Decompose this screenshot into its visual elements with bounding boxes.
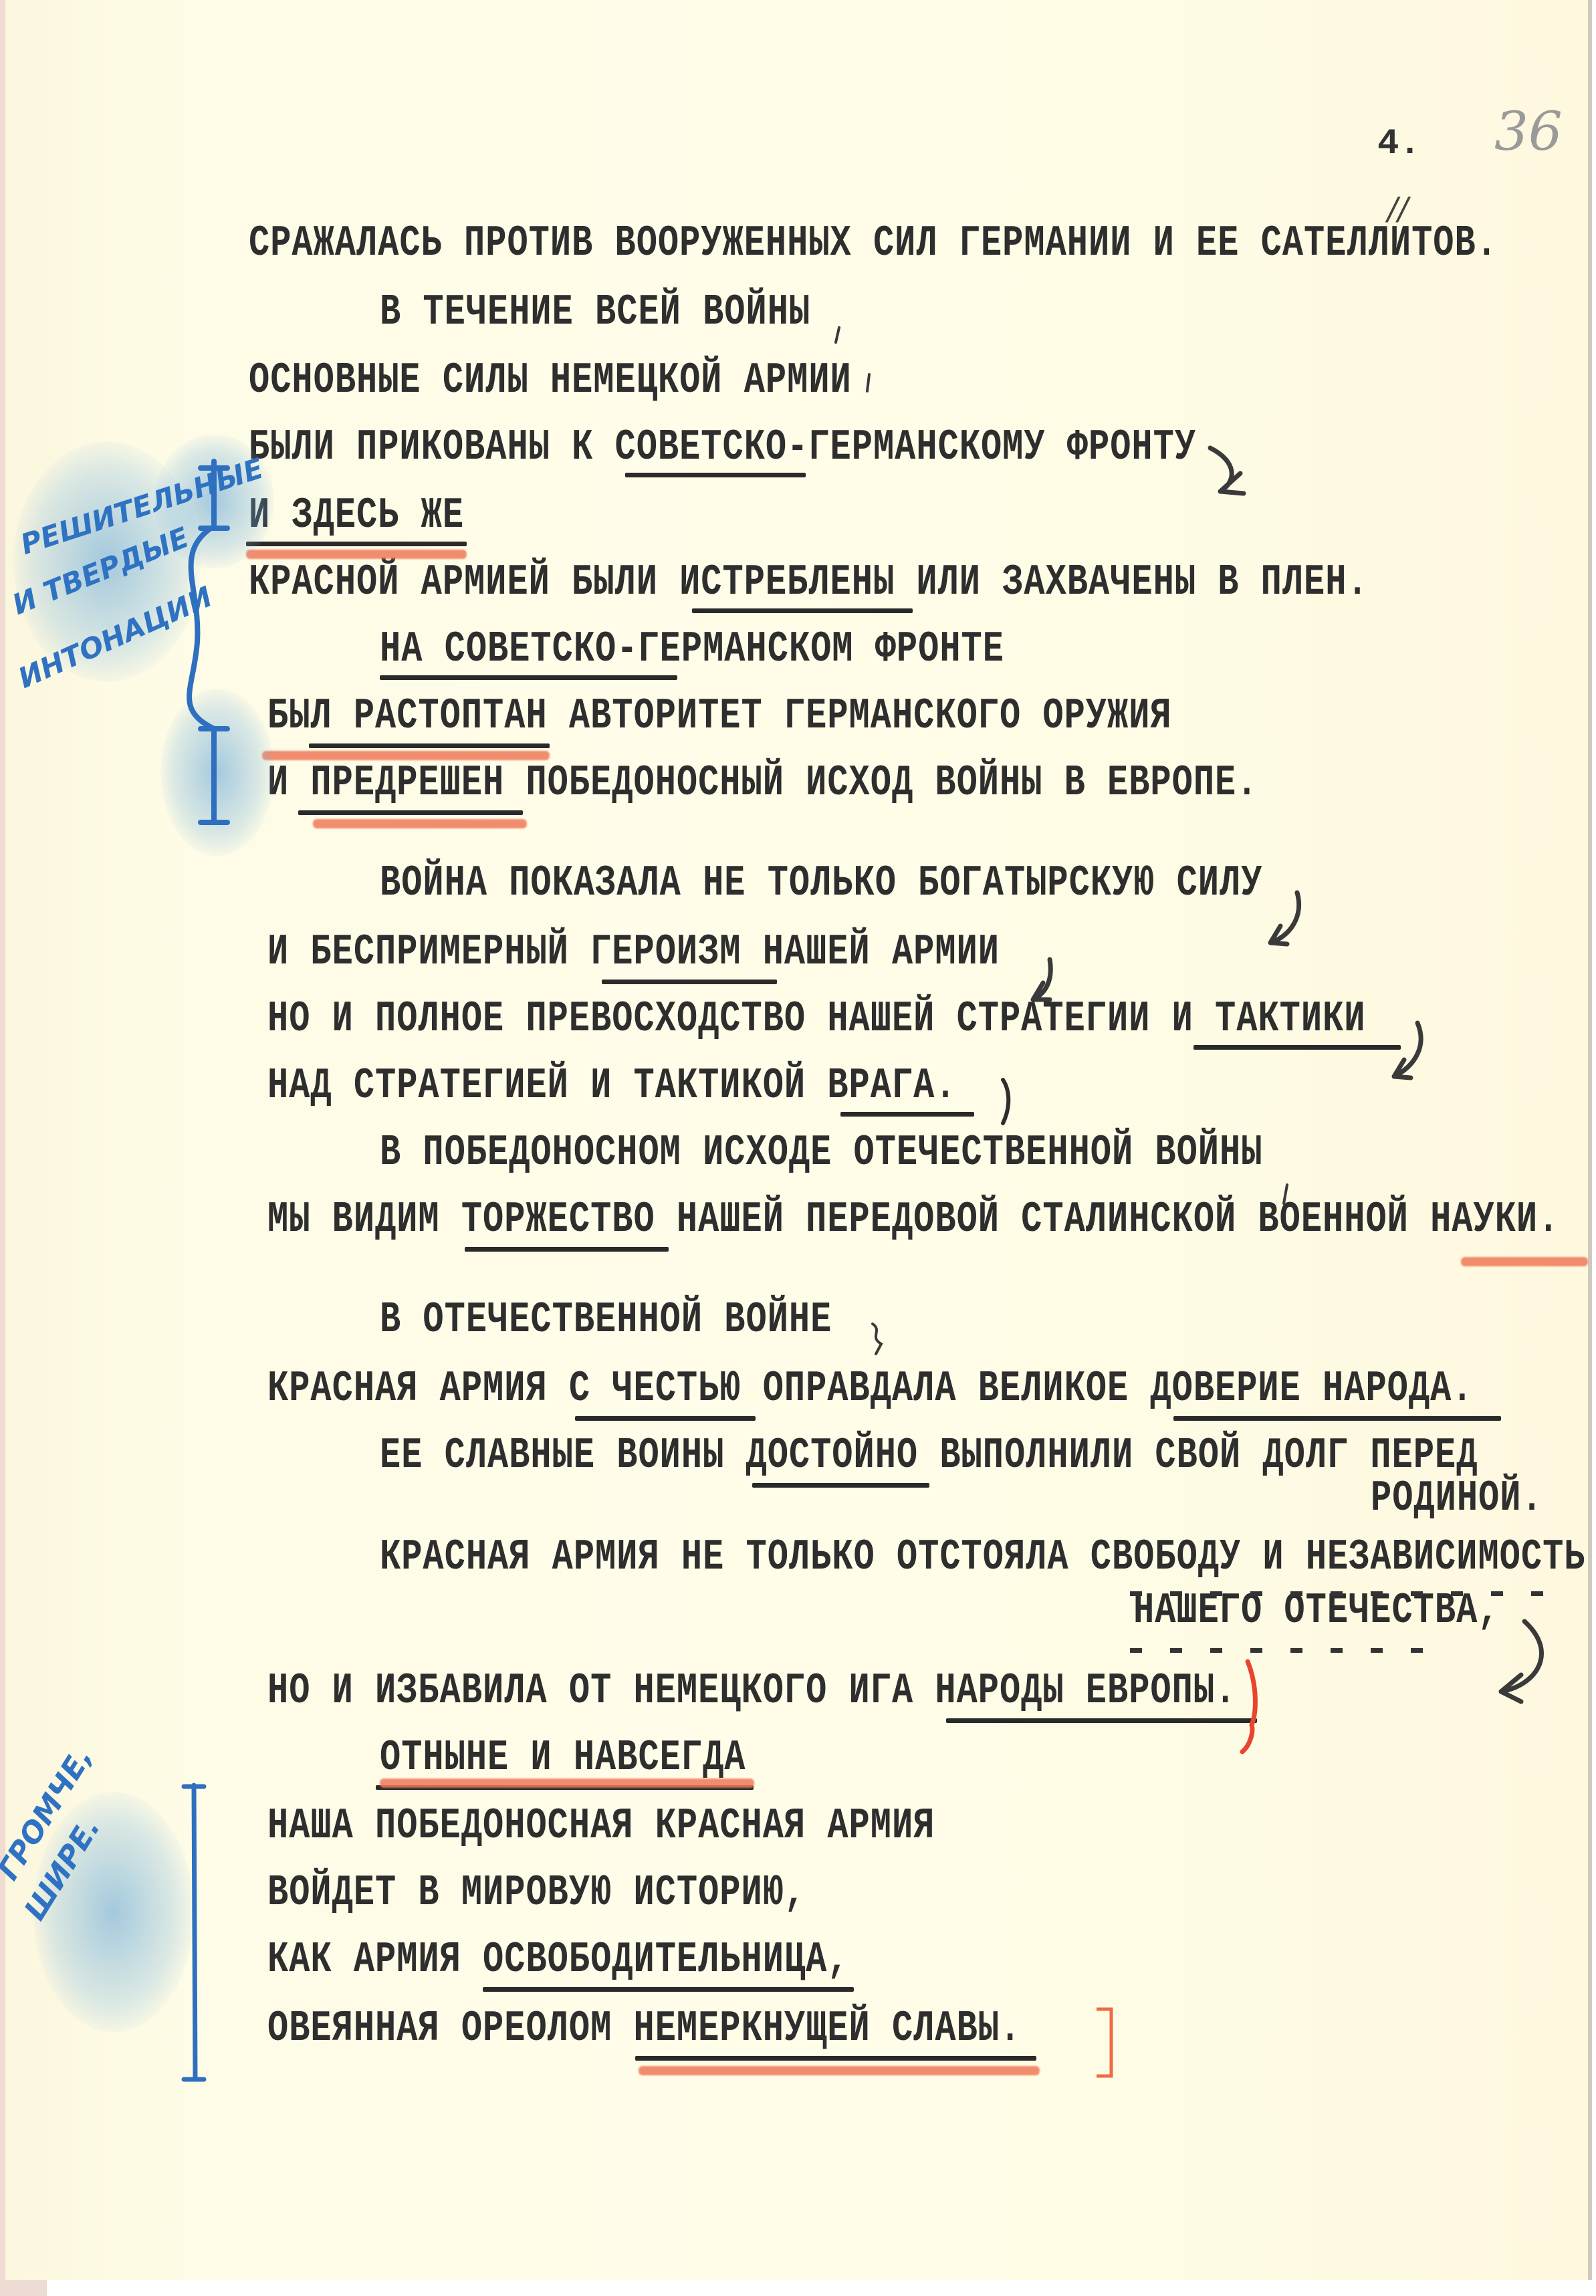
arrow-icon (1270, 893, 1299, 944)
arrow-icon (1210, 448, 1244, 493)
red-bracket (1242, 1661, 1255, 1752)
arrow-icon (1394, 1023, 1421, 1078)
pencil-comma (873, 1324, 881, 1354)
pencil-comma (1284, 1185, 1287, 1203)
annotation-marks (0, 0, 1596, 2296)
pencil-comma (867, 374, 869, 391)
arrow-icon (1033, 959, 1050, 1000)
pencil-bracket (1003, 1080, 1008, 1123)
pencil-comma (836, 328, 839, 342)
arrow-icon (1501, 1621, 1541, 1702)
blue-bracket-lower (184, 1785, 204, 2079)
red-bracket-end (1097, 2009, 1111, 2076)
blue-bracket-upper (189, 461, 227, 822)
